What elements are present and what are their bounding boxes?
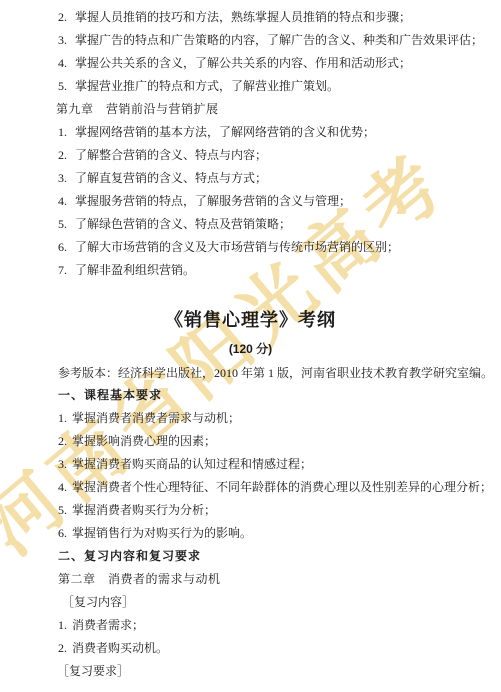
section-heading-1: 一、课程基本要求 [58,388,162,403]
item-number: 2. [58,434,67,449]
list-item: 1.掌握网络营销的基本方法，了解网络营销的含义和优势； [58,125,375,140]
item-text: 掌握消费者购买行为分析； [72,503,216,517]
item-text: 掌握公共关系的含义，了解公共关系的内容、作用和活动形式； [75,56,411,70]
item-text: 了解整合营销的含义、特点与内容； [75,148,267,162]
bracket-label-review-content: ［复习内容］ [62,595,134,610]
item-text: 掌握消费者个性心理特征、不同年龄群体的消费心理以及性别差异的心理分析； [72,480,492,494]
section-heading-2: 二、复习内容和复习要求 [58,549,201,564]
item-number: 6. [58,526,67,541]
list-item: 3.掌握广告的特点和广告策略的内容，了解广告的含义、种类和广告效果评估； [58,33,483,48]
item-text: 掌握人员推销的技巧和方法，熟练掌握人员推销的特点和步骤； [75,10,411,24]
list-item: 2.了解整合营销的含义、特点与内容； [58,148,267,163]
item-number: 4. [58,480,67,495]
item-number: 4. [58,194,67,209]
item-text: 掌握广告的特点和广告策略的内容，了解广告的含义、种类和广告效果评估； [75,33,483,47]
item-text: 掌握销售行为对购买行为的影响。 [72,526,252,540]
list-item: 5.掌握营业推广的特点和方式，了解营业推广策划。 [58,79,339,94]
chapter-heading: 第二章 消费者的需求与动机 [58,572,221,587]
item-number: 3. [58,457,67,472]
page-title: 《销售心理学》考纲 [0,309,501,332]
item-text: 掌握影响消费心理的因素； [72,434,216,448]
item-number: 2. [58,10,67,25]
list-item: 1.消费者需求； [58,618,144,633]
list-item: 2.消费者购买动机。 [58,641,168,656]
list-item: 4.掌握消费者个性心理特征、不同年龄群体的消费心理以及性别差异的心理分析； [58,480,492,495]
reference-line: 参考版本：经济科学出版社，2010 年第 1 版，河南省职业技术教育教学研究室编… [58,366,493,381]
list-item: 4.掌握服务营销的特点，了解服务营销的含义与管理； [58,194,351,209]
item-number: 1. [58,411,67,426]
item-number: 4. [58,56,67,71]
bracket-label-review-req: ［复习要求］ [57,664,129,679]
item-number: 2. [58,148,67,163]
list-item: 2.掌握影响消费心理的因素； [58,434,216,449]
item-text: 消费者购买动机。 [72,641,168,655]
chapter-heading: 第九章 营销前沿与营销扩展 [56,102,219,117]
item-text: 消费者需求； [72,618,144,632]
item-number: 3. [58,33,67,48]
item-number: 6. [58,240,67,255]
item-number: 5. [58,79,67,94]
list-item: 5.了解绿色营销的含义、特点及营销策略； [58,217,291,232]
document-page: 河南省阳光高考 2.掌握人员推销的技巧和方法，熟练掌握人员推销的特点和步骤； 3… [0,0,501,692]
item-text: 掌握消费者购买商品的认知过程和情感过程； [72,457,312,471]
list-item: 5.掌握消费者购买行为分析； [58,503,216,518]
list-item: 2.掌握人员推销的技巧和方法，熟练掌握人员推销的特点和步骤； [58,10,411,25]
item-number: 5. [58,217,67,232]
item-number: 2. [58,641,67,656]
item-text: 掌握营业推广的特点和方式，了解营业推广策划。 [75,79,339,93]
list-item: 3.掌握消费者购买商品的认知过程和情感过程； [58,457,312,472]
item-text: 掌握服务营销的特点，了解服务营销的含义与管理； [75,194,351,208]
list-item: 6.了解大市场营销的含义及大市场营销与传统市场营销的区别； [58,240,399,255]
score-line: (120 分) [0,342,501,357]
item-text: 了解绿色营销的含义、特点及营销策略； [75,217,291,231]
item-number: 5. [58,503,67,518]
item-number: 7. [58,263,67,278]
item-number: 1. [58,618,67,633]
item-text: 掌握消费者消费者需求与动机； [72,411,240,425]
item-text: 了解直复营销的含义、特点与方式； [75,171,267,185]
item-text: 了解非盈利组织营销。 [75,263,195,277]
list-item: 4.掌握公共关系的含义，了解公共关系的内容、作用和活动形式； [58,56,411,71]
list-item: 7.了解非盈利组织营销。 [58,263,195,278]
item-text: 掌握网络营销的基本方法，了解网络营销的含义和优势； [75,125,375,139]
list-item: 6.掌握销售行为对购买行为的影响。 [58,526,252,541]
list-item: 1.掌握消费者消费者需求与动机； [58,411,240,426]
item-text: 了解大市场营销的含义及大市场营销与传统市场营销的区别； [75,240,399,254]
list-item: 3.了解直复营销的含义、特点与方式； [58,171,267,186]
item-number: 1. [58,125,67,140]
item-number: 3. [58,171,67,186]
